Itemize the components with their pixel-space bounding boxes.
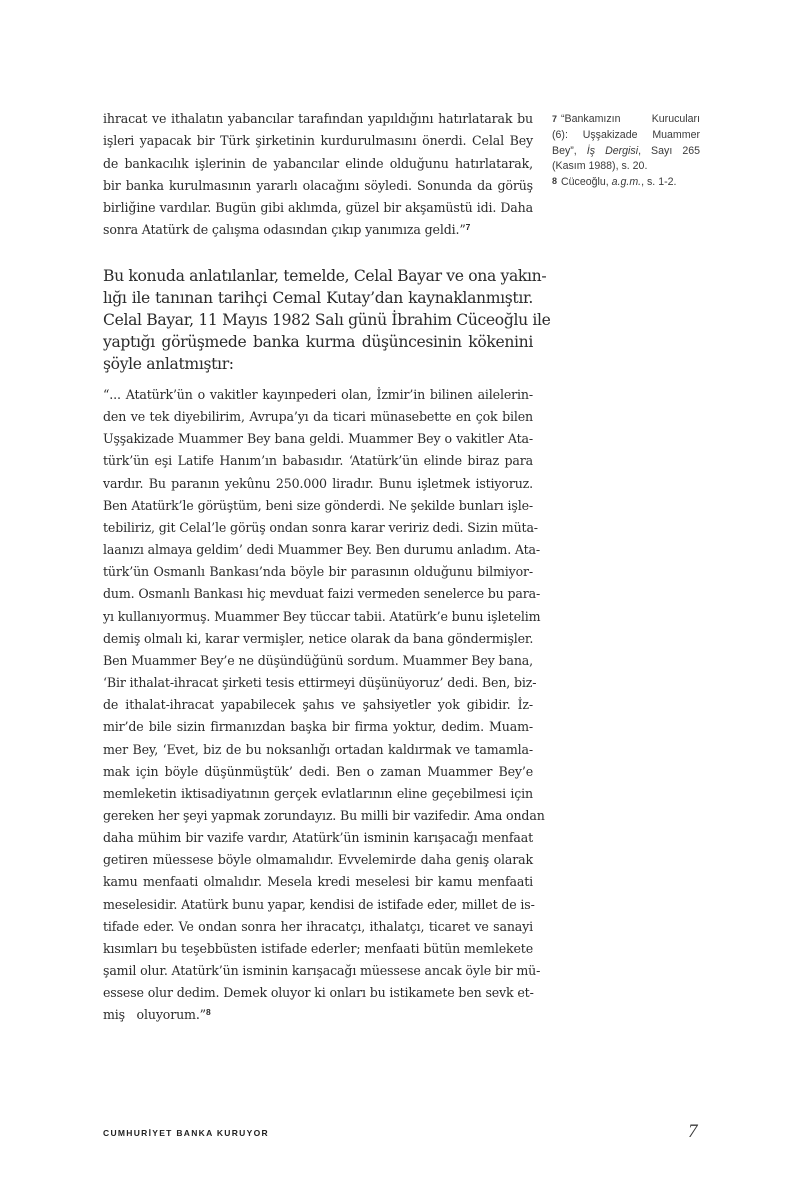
text-line: de bankacılık işlerinin de yabancılar el… [103,153,533,175]
footnote-ref-abbrev: a.g.m. [612,176,641,188]
text-line: “... Atatürk’ün o vakitler kayınpederi o… [103,384,533,406]
text-line: tebiliriz, git Celal’le görüş ondan sonr… [103,517,533,539]
text-line: şöyle anlatmıştır: [103,353,533,375]
text-line: getiren müessese böyle olmamalıdır. Evve… [103,849,533,871]
bayar-quote: “... Atatürk’ün o vakitler kayınpederi o… [103,384,533,1027]
text-line: kamu menfaati olmalıdır. Mesela kredi me… [103,871,533,893]
text-line: memleketin iktisadiyatının gerçek evlatl… [103,783,533,805]
footnote-author: Cüceoğlu, [561,176,612,188]
footnote-text: Bey”, [552,145,577,157]
text-line-last: miş oluyorum.”8 [103,1004,533,1026]
text-line: bir banka kurulmasının yararlı olacağını… [103,175,533,197]
text-line: Ben Muammer Bey’e ne düşündüğünü sordum.… [103,650,533,672]
footnote-8: 8Cüceoğlu, a.g.m., s. 1-2. [552,175,700,191]
text-line: meselesidir. Atatürk bunu yapar, kendisi… [103,894,533,916]
quote-continuation: ihracat ve ithalatın yabancılar tarafınd… [103,108,533,242]
text-line: den ve tek diyebilirim, Avrupa’yı da tic… [103,406,533,428]
intro-paragraph: Bu konuda anlatılanlar, temelde, Celal B… [103,265,533,375]
text-line-last: sonra Atatürk de çalışma odasından çıkıp… [103,219,533,241]
footnote-line: (Kasım 1988), s. 20. [552,159,700,175]
text-line: gereken her şeyi yapmak zorundayız. Bu m… [103,805,533,827]
text-line-content: sonra Atatürk de çalışma odasından çıkıp… [103,222,466,237]
page-number: 7 [688,1121,698,1143]
journal-title: İş Dergisi [587,145,638,157]
text-line: demiş olmalı ki, karar vermişler, netice… [103,628,533,650]
text-line: de ithalat-ihracat yapabilecek şahıs ve … [103,694,533,716]
text-line: daha mühim bir vazife vardır, Atatürk’ün… [103,827,533,849]
footnote-text: , Sayı 265 [638,145,700,157]
text-line: Uşşakizade Muammer Bey bana geldi. Muamm… [103,428,533,450]
footnote-reference-7[interactable]: 7 [466,222,471,232]
text-line: mer Bey, ‘Evet, biz de bu noksanlığı ort… [103,739,533,761]
text-line: şamil olur. Atatürk’ün isminin karışacağ… [103,960,533,982]
text-line: tifade eder. Ve ondan sonra her ihracatç… [103,916,533,938]
text-line: ihracat ve ithalatın yabancılar tarafınd… [103,108,533,130]
text-line: ‘Bir ithalat-ihracat şirketi tesis ettir… [103,672,533,694]
text-line: mak için böyle düşünmüştük’ dedi. Ben o … [103,761,533,783]
footnote-line: Bey”, İş Dergisi, Sayı 265 [552,144,700,160]
text-line: vardır. Bu paranın yekûnu 250.000 liradı… [103,473,533,495]
text-line: türk’ün Osmanlı Bankası’nda böyle bir pa… [103,561,533,583]
text-line: türk’ün eşi Latife Hanım’ın babasıdır. ‘… [103,450,533,472]
text-line-content: miş oluyorum.” [103,1007,206,1022]
text-line: lığı ile tanınan tarihçi Cemal Kutay’dan… [103,287,533,309]
running-title: CUMHURİYET BANKA KURUYOR [103,1128,269,1138]
text-line: mir’de bile sizin firmanızdan başka bir … [103,716,533,738]
text-line: yaptığı görüşmede banka kurma düşüncesin… [103,331,533,353]
text-line: Bu konuda anlatılanlar, temelde, Celal B… [103,265,533,287]
text-line: kısımları bu teşebbüsten istifade ederle… [103,938,533,960]
footnote-number: 8 [552,176,557,186]
text-line: birliğine vardılar. Bugün gibi aklımda, … [103,197,533,219]
footnote-text: “Bankamızın Kurucuları [561,113,700,125]
footnote-line: 8Cüceoğlu, a.g.m., s. 1-2. [552,175,700,191]
text-line: Ben Atatürk’le görüştüm, beni size gönde… [103,495,533,517]
text-line: yı kullanıyormuş. Muammer Bey tüccar tab… [103,606,533,628]
footnote-line: (6): Uşşakizade Muammer [552,128,700,144]
text-line: işleri yapacak bir Türk şirketinin kurdu… [103,130,533,152]
sidenotes-column: 7“Bankamızın Kurucuları (6): Uşşakizade … [552,112,700,191]
text-line: Celal Bayar, 11 Mayıs 1982 Salı günü İbr… [103,309,533,331]
footnote-7: 7“Bankamızın Kurucuları (6): Uşşakizade … [552,112,700,175]
text-line: essese olur dedim. Demek oluyor ki onlar… [103,982,533,1004]
footnote-line: 7“Bankamızın Kurucuları [552,112,700,128]
footnote-number: 7 [552,114,557,124]
text-line: dum. Osmanlı Bankası hiç mevduat faizi v… [103,583,533,605]
text-line: laanızı almaya geldim’ dedi Muammer Bey.… [103,539,533,561]
footnote-reference-8[interactable]: 8 [206,1007,211,1017]
footnote-text: , s. 1-2. [641,176,676,188]
